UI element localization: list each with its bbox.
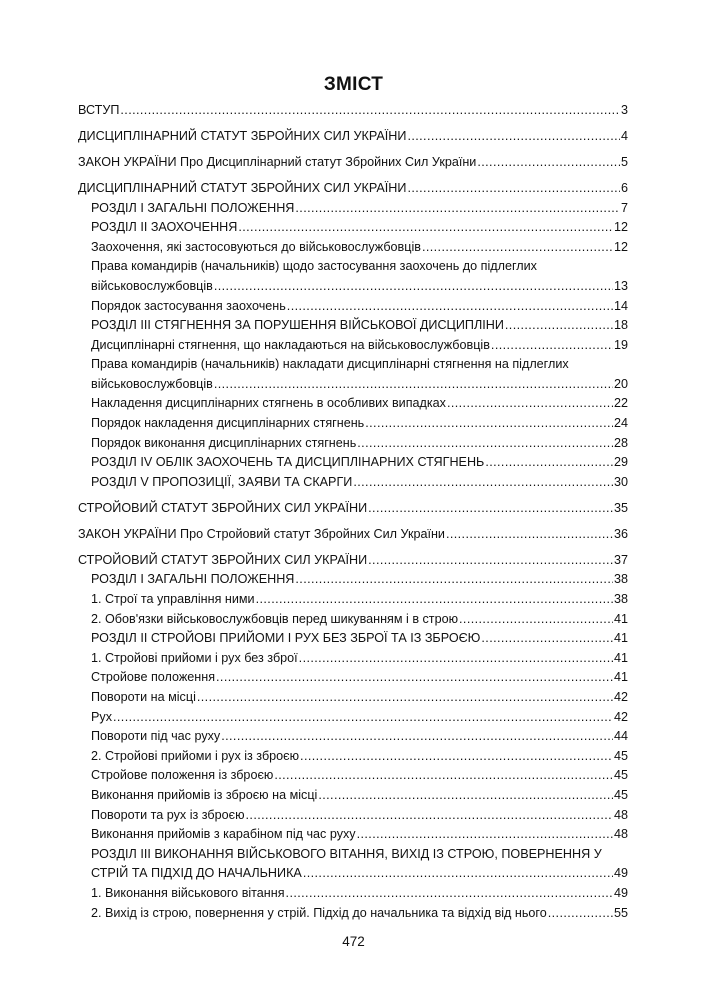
toc-entry-title: ЗАКОН УКРАЇНИ Про Стройовий статут Зброй…: [78, 525, 445, 545]
dot-leader: [368, 499, 613, 519]
toc-entry-title-cont: СТРІЙ ТА ПІДХІД ДО НАЧАЛЬНИКА: [91, 864, 302, 884]
toc-entry-title: РОЗДІЛ І ЗАГАЛЬНІ ПОЛОЖЕННЯ: [91, 199, 294, 219]
toc-entry-page: 49: [614, 884, 628, 904]
dot-leader: [368, 551, 613, 571]
dot-leader: [477, 153, 620, 173]
toc-entry-title: Стройове положення: [91, 668, 215, 688]
toc-entry-page: 42: [614, 708, 628, 728]
toc-entry-continuation: військовослужбовців20: [91, 375, 628, 395]
table-of-contents: ВСТУП3ДИСЦИПЛІНАРНИЙ СТАТУТ ЗБРОЙНИХ СИЛ…: [78, 101, 628, 923]
dot-leader: [214, 375, 613, 395]
toc-entry-title: Виконання прийомів із зброєю на місці: [91, 786, 317, 806]
toc-entry[interactable]: Порядок накладення дисциплінарних стягне…: [78, 414, 628, 434]
dot-leader: [113, 708, 613, 728]
toc-entry[interactable]: Рух42: [78, 708, 628, 728]
dot-leader: [481, 629, 613, 649]
toc-entry-title: СТРОЙОВИЙ СТАТУТ ЗБРОЙНИХ СИЛ УКРАЇНИ: [78, 499, 367, 519]
toc-entry-title: 2. Вихід із строю, повернення у стрій. П…: [91, 904, 547, 924]
dot-leader: [246, 806, 613, 826]
dot-leader: [422, 238, 613, 258]
toc-entry-title: Заохочення, які застосовуються до військ…: [91, 238, 421, 258]
dot-leader: [256, 590, 613, 610]
toc-entry[interactable]: 2. Обов'язки військовослужбовців перед ш…: [78, 610, 628, 630]
dot-leader: [274, 766, 613, 786]
dot-leader: [485, 453, 613, 473]
toc-entry[interactable]: Порядок виконання дисциплінарних стягнен…: [78, 434, 628, 454]
toc-entry-title: 1. Виконання військового вітання: [91, 884, 285, 904]
toc-entry-page: 48: [614, 825, 628, 845]
toc-entry[interactable]: Виконання прийомів із зброєю на місці45: [78, 786, 628, 806]
toc-entry-page: 14: [614, 297, 628, 317]
toc-entry-page: 28: [614, 434, 628, 454]
toc-entry[interactable]: ВСТУП3: [78, 101, 628, 121]
dot-leader: [300, 747, 613, 767]
toc-entry-page: 18: [614, 316, 628, 336]
toc-entry[interactable]: Заохочення, які застосовуються до військ…: [78, 238, 628, 258]
toc-entry[interactable]: 1. Строї та управління ними38: [78, 590, 628, 610]
toc-entry[interactable]: ЗАКОН УКРАЇНИ Про Стройовий статут Зброй…: [78, 525, 628, 545]
toc-entry[interactable]: 2. Стройові прийоми і рух із зброєю45: [78, 747, 628, 767]
toc-entry-title: Порядок накладення дисциплінарних стягне…: [91, 414, 364, 434]
toc-entry[interactable]: РОЗДІЛ ІІІ СТЯГНЕННЯ ЗА ПОРУШЕННЯ ВІЙСЬК…: [78, 316, 628, 336]
toc-entry-page: 3: [621, 101, 628, 121]
dot-leader: [197, 688, 613, 708]
toc-entry[interactable]: Повороти та рух із зброєю48: [78, 806, 628, 826]
toc-entry-title: ДИСЦИПЛІНАРНИЙ СТАТУТ ЗБРОЙНИХ СИЛ УКРАЇ…: [78, 127, 406, 147]
toc-entry-title: Накладення дисциплінарних стягнень в осо…: [91, 394, 446, 414]
toc-entry-page: 6: [621, 179, 628, 199]
dot-leader: [459, 610, 613, 630]
toc-entry[interactable]: 2. Вихід із строю, повернення у стрій. П…: [78, 904, 628, 924]
toc-entry[interactable]: Дисциплінарні стягнення, що накладаються…: [78, 336, 628, 356]
toc-entry-title: ЗАКОН УКРАЇНИ Про Дисциплінарний статут …: [78, 153, 476, 173]
toc-entry[interactable]: Повороти під час руху44: [78, 727, 628, 747]
toc-entry-page: 45: [614, 766, 628, 786]
toc-entry-title: 2. Обов'язки військовослужбовців перед ш…: [91, 610, 458, 630]
toc-entry-title: Порядок виконання дисциплінарних стягнен…: [91, 434, 356, 454]
toc-entry-page: 38: [614, 590, 628, 610]
dot-leader: [295, 199, 620, 219]
toc-entry-page: 24: [614, 414, 628, 434]
toc-entry-title: ВСТУП: [78, 101, 119, 121]
toc-entry[interactable]: Порядок застосування заохочень14: [78, 297, 628, 317]
toc-entry[interactable]: Стройове положення41: [78, 668, 628, 688]
toc-entry[interactable]: Виконання прийомів з карабіном під час р…: [78, 825, 628, 845]
toc-entry[interactable]: Права командирів (начальників) щодо заст…: [78, 257, 628, 296]
dot-leader: [238, 218, 613, 238]
toc-entry-title: РОЗДІЛ ІІІ СТЯГНЕННЯ ЗА ПОРУШЕННЯ ВІЙСЬК…: [91, 316, 504, 336]
toc-entry-page: 13: [614, 277, 628, 297]
toc-entry-title-cont: військовослужбовців: [91, 375, 213, 395]
toc-entry-title: Повороти на місці: [91, 688, 196, 708]
toc-entry-page: 48: [614, 806, 628, 826]
dot-leader: [548, 904, 613, 924]
toc-entry-page: 37: [614, 551, 628, 571]
dot-leader: [286, 884, 613, 904]
dot-leader: [221, 727, 613, 747]
toc-entry-page: 5: [621, 153, 628, 173]
toc-entry-title: Виконання прийомів з карабіном під час р…: [91, 825, 356, 845]
dot-leader: [505, 316, 613, 336]
toc-entry[interactable]: Накладення дисциплінарних стягнень в осо…: [78, 394, 628, 414]
toc-entry[interactable]: ДИСЦИПЛІНАРНИЙ СТАТУТ ЗБРОЙНИХ СИЛ УКРАЇ…: [78, 127, 628, 147]
toc-entry-page: 12: [614, 238, 628, 258]
toc-entry-page: 22: [614, 394, 628, 414]
dot-leader: [299, 649, 613, 669]
dot-leader: [446, 525, 613, 545]
toc-entry-page: 55: [614, 904, 628, 924]
toc-entry-title: РОЗДІЛ І ЗАГАЛЬНІ ПОЛОЖЕННЯ: [91, 570, 294, 590]
dot-leader: [357, 825, 613, 845]
toc-entry-page: 36: [614, 525, 628, 545]
toc-entry[interactable]: ЗАКОН УКРАЇНИ Про Дисциплінарний статут …: [78, 153, 628, 173]
dot-leader: [365, 414, 613, 434]
page-number: 472: [0, 934, 707, 949]
toc-entry-page: 19: [614, 336, 628, 356]
toc-entry[interactable]: РОЗДІЛ ІІІ ВИКОНАННЯ ВІЙСЬКОВОГО ВІТАННЯ…: [78, 845, 628, 884]
toc-entry-title: РОЗДІЛ V ПРОПОЗИЦІЇ, ЗАЯВИ ТА СКАРГИ: [91, 473, 352, 493]
document-page: ЗМІСТ ВСТУП3ДИСЦИПЛІНАРНИЙ СТАТУТ ЗБРОЙН…: [0, 0, 707, 1000]
toc-entry[interactable]: РОЗДІЛ ІІ ЗАОХОЧЕННЯ12: [78, 218, 628, 238]
toc-entry-page: 7: [621, 199, 628, 219]
toc-entry-title: Рух: [91, 708, 112, 728]
dot-leader: [491, 336, 613, 356]
toc-entry-title: РОЗДІЛ ІІІ ВИКОНАННЯ ВІЙСЬКОВОГО ВІТАННЯ…: [91, 845, 628, 865]
toc-entry-page: 49: [614, 864, 628, 884]
dot-leader: [353, 473, 613, 493]
toc-entry-page: 12: [614, 218, 628, 238]
toc-entry-page: 41: [614, 629, 628, 649]
dot-leader: [407, 179, 620, 199]
toc-entry-page: 38: [614, 570, 628, 590]
toc-entry-title: Повороти та рух із зброєю: [91, 806, 245, 826]
toc-entry[interactable]: РОЗДІЛ IV ОБЛІК ЗАОХОЧЕНЬ ТА ДИСЦИПЛІНАР…: [78, 453, 628, 473]
toc-entry[interactable]: 1. Виконання військового вітання49: [78, 884, 628, 904]
toc-entry-page: 4: [621, 127, 628, 147]
toc-entry-title: РОЗДІЛ ІІ СТРОЙОВІ ПРИЙОМИ І РУХ БЕЗ ЗБР…: [91, 629, 480, 649]
toc-entry-page: 41: [614, 610, 628, 630]
toc-entry[interactable]: ДИСЦИПЛІНАРНИЙ СТАТУТ ЗБРОЙНИХ СИЛ УКРАЇ…: [78, 179, 628, 199]
toc-entry[interactable]: РОЗДІЛ V ПРОПОЗИЦІЇ, ЗАЯВИ ТА СКАРГИ30: [78, 473, 628, 493]
dot-leader: [318, 786, 613, 806]
toc-entry-title: Дисциплінарні стягнення, що накладаються…: [91, 336, 490, 356]
toc-entry-page: 44: [614, 727, 628, 747]
dot-leader: [216, 668, 613, 688]
toc-entry-continuation: військовослужбовців13: [91, 277, 628, 297]
toc-entry[interactable]: Права командирів (начальників) накладати…: [78, 355, 628, 394]
toc-entry-title: РОЗДІЛ IV ОБЛІК ЗАОХОЧЕНЬ ТА ДИСЦИПЛІНАР…: [91, 453, 484, 473]
toc-entry-title: 1. Строї та управління ними: [91, 590, 255, 610]
toc-entry-title: 2. Стройові прийоми і рух із зброєю: [91, 747, 299, 767]
toc-entry-page: 30: [614, 473, 628, 493]
toc-entry-page: 20: [614, 375, 628, 395]
toc-entry-title: РОЗДІЛ ІІ ЗАОХОЧЕННЯ: [91, 218, 237, 238]
toc-entry-title: Порядок застосування заохочень: [91, 297, 286, 317]
toc-entry[interactable]: РОЗДІЛ І ЗАГАЛЬНІ ПОЛОЖЕННЯ7: [78, 199, 628, 219]
toc-entry-page: 41: [614, 668, 628, 688]
toc-entry-title: Стройове положення із зброєю: [91, 766, 273, 786]
toc-entry[interactable]: РОЗДІЛ І ЗАГАЛЬНІ ПОЛОЖЕННЯ38: [78, 570, 628, 590]
toc-entry-title: СТРОЙОВИЙ СТАТУТ ЗБРОЙНИХ СИЛ УКРАЇНИ: [78, 551, 367, 571]
toc-entry[interactable]: СТРОЙОВИЙ СТАТУТ ЗБРОЙНИХ СИЛ УКРАЇНИ35: [78, 499, 628, 519]
dot-leader: [120, 101, 620, 121]
dot-leader: [447, 394, 613, 414]
toc-entry-page: 42: [614, 688, 628, 708]
toc-entry-page: 45: [614, 747, 628, 767]
toc-entry-page: 45: [614, 786, 628, 806]
toc-entry-page: 29: [614, 453, 628, 473]
toc-entry-title: 1. Стройові прийоми і рух без зброї: [91, 649, 298, 669]
dot-leader: [303, 864, 613, 884]
toc-entry[interactable]: СТРОЙОВИЙ СТАТУТ ЗБРОЙНИХ СИЛ УКРАЇНИ37: [78, 551, 628, 571]
toc-entry-title: ДИСЦИПЛІНАРНИЙ СТАТУТ ЗБРОЙНИХ СИЛ УКРАЇ…: [78, 179, 406, 199]
dot-leader: [287, 297, 613, 317]
toc-entry-continuation: СТРІЙ ТА ПІДХІД ДО НАЧАЛЬНИКА49: [91, 864, 628, 884]
toc-entry-title: Повороти під час руху: [91, 727, 220, 747]
toc-entry[interactable]: Стройове положення із зброєю45: [78, 766, 628, 786]
toc-entry-page: 41: [614, 649, 628, 669]
toc-entry[interactable]: Повороти на місці42: [78, 688, 628, 708]
dot-leader: [407, 127, 620, 147]
toc-entry-title-cont: військовослужбовців: [91, 277, 213, 297]
dot-leader: [214, 277, 613, 297]
dot-leader: [357, 434, 613, 454]
toc-entry-title: Права командирів (начальників) накладати…: [91, 355, 628, 375]
toc-entry[interactable]: РОЗДІЛ ІІ СТРОЙОВІ ПРИЙОМИ І РУХ БЕЗ ЗБР…: [78, 629, 628, 649]
toc-title: ЗМІСТ: [0, 74, 707, 96]
dot-leader: [295, 570, 613, 590]
toc-entry-page: 35: [614, 499, 628, 519]
toc-entry[interactable]: 1. Стройові прийоми і рух без зброї41: [78, 649, 628, 669]
toc-entry-title: Права командирів (начальників) щодо заст…: [91, 257, 628, 277]
